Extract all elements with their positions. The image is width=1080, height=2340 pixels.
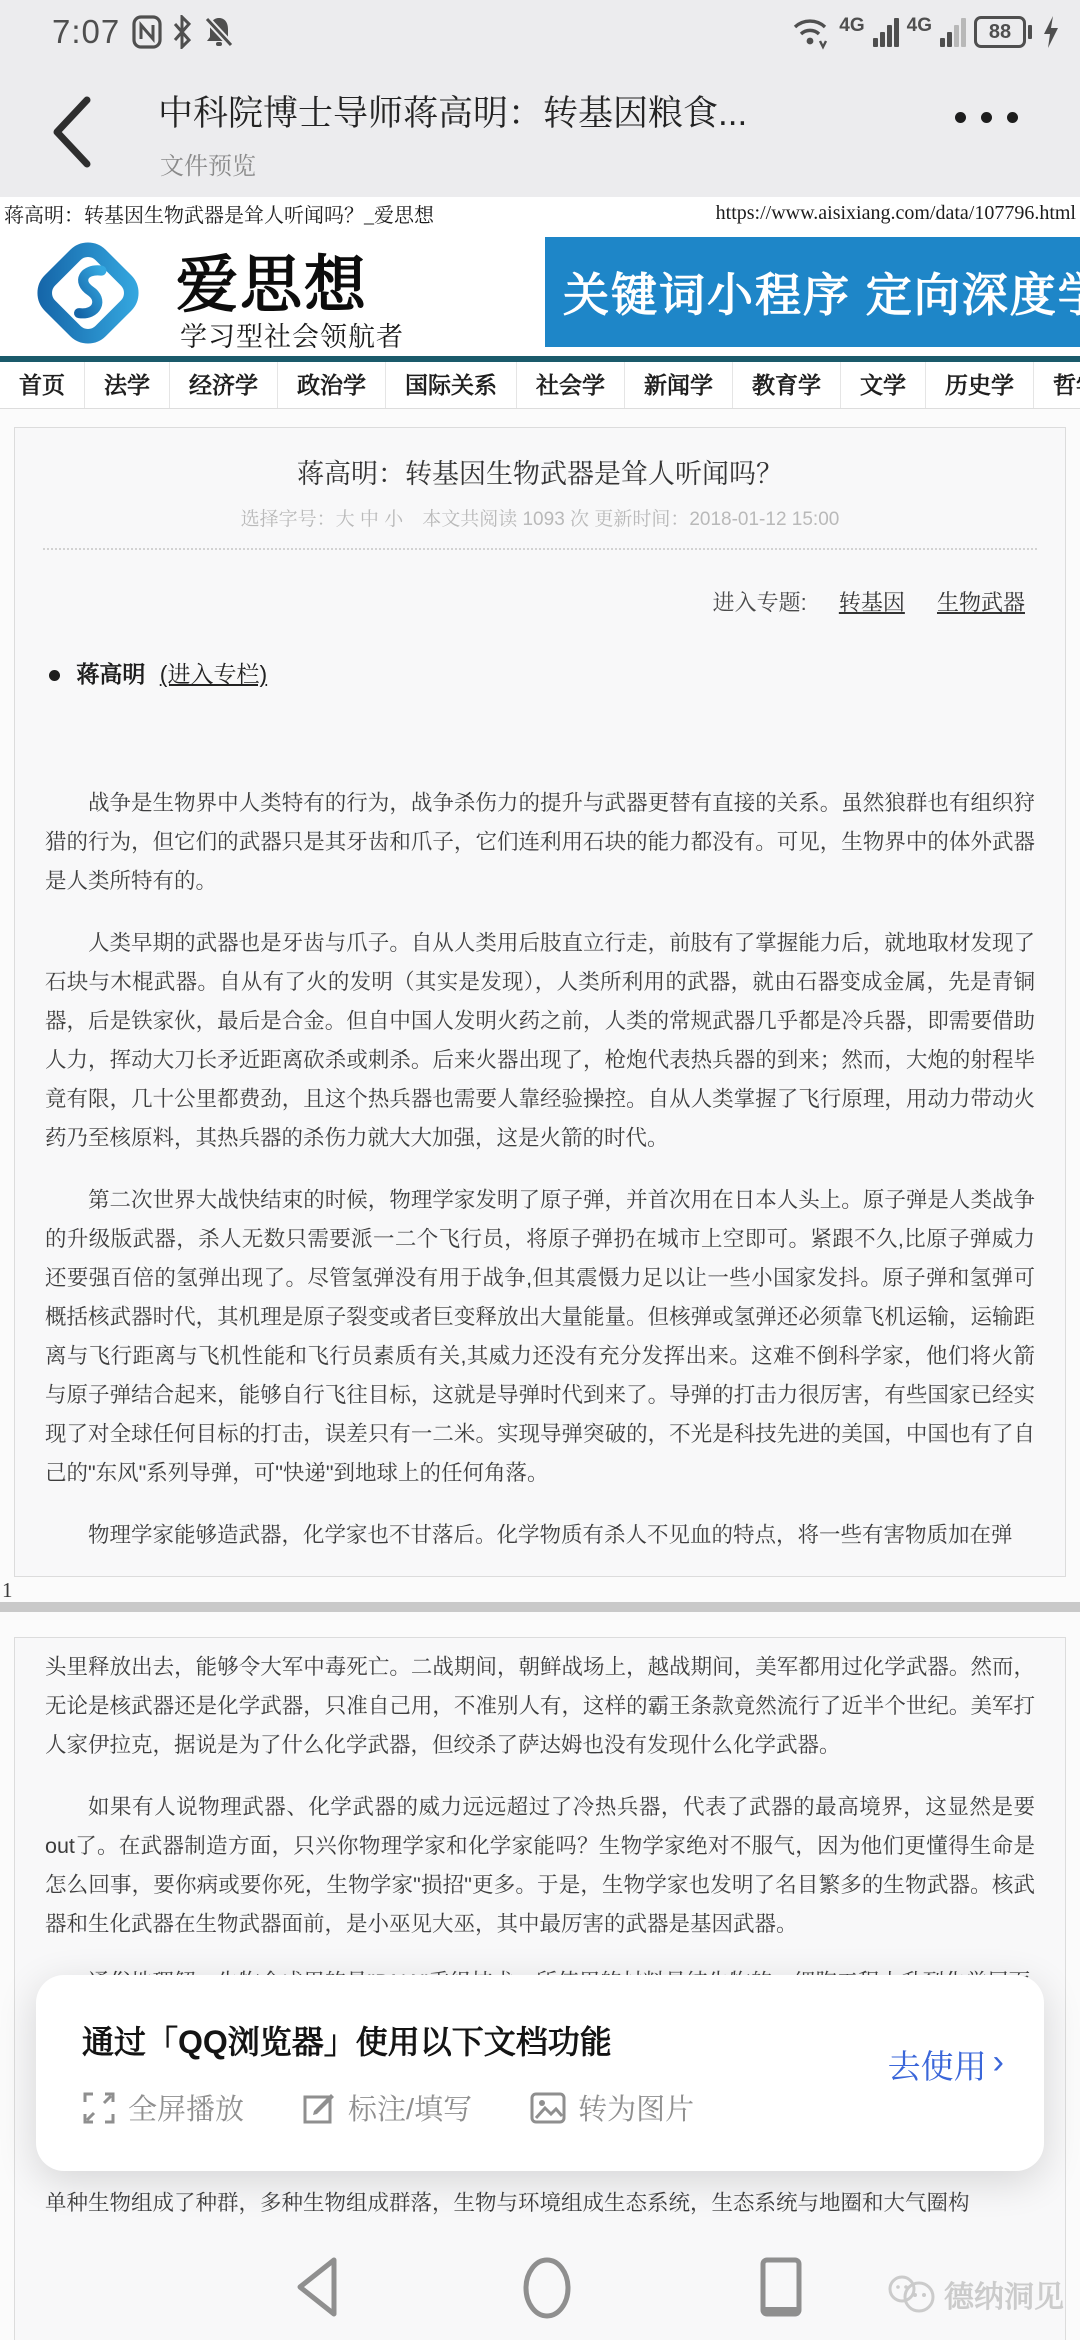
aisixiang-logo-icon[interactable] [28, 237, 148, 349]
page-number: 1 [2, 1578, 13, 1603]
network-type-sim2: 4G [907, 15, 932, 37]
article-body-page1: 战争是生物界中人类特有的行为，战争杀伤力的提升与武器更替有直接的关系。虽然狼群也… [45, 784, 1035, 1577]
paragraph: 战争是生物界中人类特有的行为，战争杀伤力的提升与武器更替有直接的关系。虽然狼群也… [45, 784, 1035, 901]
go-use-button[interactable]: 去使用› [888, 2041, 1004, 2088]
paragraph: 头里释放出去，能够令大军中毒死亡。二战期间，朝鲜战场上，越战期间，美军都用过化学… [45, 1648, 1035, 1765]
sheet-title: 通过「QQ浏览器」使用以下文档功能 [82, 2017, 612, 2063]
back-button[interactable] [42, 92, 102, 172]
nav-item-politics[interactable]: 政治学 [278, 362, 386, 408]
signal-bars-sim2-icon [940, 17, 966, 47]
site-nav: 首页 法学 经济学 政治学 国际关系 社会学 新闻学 教育学 文学 历史学 哲学… [0, 356, 1080, 409]
nav-item-home[interactable]: 首页 [0, 362, 85, 408]
battery-percent: 88 [974, 16, 1026, 48]
clock: 7:07 [52, 13, 120, 51]
article-meta: 选择字号：大 中 小 本文共阅读 1093 次 更新时间：2018-01-12 … [15, 504, 1065, 531]
paragraph: 如果有人说物理武器、化学武器的威力远远超过了冷热兵器，代表了武器的最高境界，这显… [45, 1788, 1035, 1944]
more-menu-button[interactable] [955, 112, 1018, 123]
paragraph: 物理学家能够造武器，化学家也不甘落后。化学物质有杀人不见血的特点，将一些有害物质… [45, 1516, 1035, 1555]
watermark: 德纳洞见 [886, 2272, 1064, 2316]
paragraph: 单种生物组成了种群，多种生物组成群落，生物与环境组成生态系统，生态系统与地圈和大… [45, 2184, 1035, 2223]
annotate-fill-button[interactable]: 标注/填写 [302, 2087, 472, 2128]
bluetooth-icon [171, 15, 193, 49]
convert-to-image-button[interactable]: 转为图片 [530, 2087, 694, 2128]
watermark-logo-icon [886, 2273, 938, 2315]
print-header: 蒋高明：转基因生物武器是耸人听闻吗？_爱思想 https://www.aisix… [0, 197, 1080, 229]
fullscreen-play-button[interactable]: 全屏播放 [82, 2087, 244, 2128]
keyword-miniprogram-banner[interactable]: 关键词小程序 定向深度学习 [545, 237, 1080, 347]
app-header: 中科院博士导师蒋高明：转基因粮食... 文件预览 [0, 64, 1080, 197]
site-tagline: 学习型社会领航者 [180, 315, 404, 354]
battery-icon: 88 [974, 16, 1032, 48]
site-header: 爱思想 学习型社会领航者 关键词小程序 定向深度学习 [0, 229, 1080, 356]
mute-bell-icon [202, 15, 236, 49]
print-page-title: 蒋高明：转基因生物武器是耸人听闻吗？_爱思想 [4, 199, 434, 228]
topic-links: 进入专题: 转基因 生物武器 [713, 586, 1025, 617]
print-page-url: https://www.aisixiang.com/data/107796.ht… [716, 202, 1076, 225]
fullscreen-icon [82, 2091, 116, 2125]
nav-item-history[interactable]: 历史学 [926, 362, 1034, 408]
topic-link-bioweapon[interactable]: 生物武器 [937, 590, 1025, 615]
watermark-text: 德纳洞见 [944, 2272, 1064, 2316]
author-column-link[interactable]: (进入专栏) [160, 661, 267, 687]
paragraph: 人类早期的武器也是牙齿与爪子。自从人类用后肢直立行走，前肢有了掌握能力后，就地取… [45, 924, 1035, 1158]
bullet-icon [49, 670, 60, 681]
author-name: 蒋高明 [76, 661, 145, 687]
wifi-icon [789, 13, 831, 51]
android-home-button[interactable] [520, 2256, 574, 2320]
article-title: 蒋高明：转基因生物武器是耸人听闻吗？ [15, 452, 1065, 491]
document-page-1: 蒋高明：转基因生物武器是耸人听闻吗？ 选择字号：大 中 小 本文共阅读 1093… [14, 427, 1066, 1577]
author-line: 蒋高明 (进入专栏) [49, 656, 267, 689]
nav-item-journalism[interactable]: 新闻学 [625, 362, 733, 408]
nfc-icon [132, 15, 162, 49]
nav-item-law[interactable]: 法学 [85, 362, 170, 408]
divider [43, 548, 1037, 550]
topic-link-gmo[interactable]: 转基因 [839, 590, 905, 615]
android-recents-button[interactable] [758, 2256, 804, 2318]
nav-item-sociology[interactable]: 社会学 [517, 362, 625, 408]
nav-item-economics[interactable]: 经济学 [170, 362, 278, 408]
site-name[interactable]: 爱思想 [176, 235, 368, 324]
network-type-sim1: 4G [839, 15, 864, 37]
nav-item-intl-relations[interactable]: 国际关系 [386, 362, 517, 408]
preview-mode-label: 文件预览 [160, 146, 256, 181]
annotate-icon [302, 2091, 336, 2125]
article-body-below-sheet: 单种生物组成了种群，多种生物组成群落，生物与环境组成生态系统，生态系统与地圈和大… [45, 2184, 1035, 2246]
nav-item-philosophy[interactable]: 哲学 [1034, 362, 1080, 408]
status-bar: 7:07 4G 4G 88 [0, 0, 1080, 64]
signal-bars-sim1-icon [873, 17, 899, 47]
android-back-button[interactable] [292, 2256, 340, 2318]
document-title: 中科院博士导师蒋高明：转基因粮食... [158, 86, 878, 136]
chevron-right-icon: › [993, 2043, 1004, 2082]
nav-item-education[interactable]: 教育学 [733, 362, 841, 408]
page-separator [0, 1602, 1080, 1612]
charging-bolt-icon [1040, 14, 1062, 50]
nav-item-literature[interactable]: 文学 [841, 362, 926, 408]
image-icon [530, 2092, 566, 2124]
article-body-page2: 头里释放出去，能够令大军中毒死亡。二战期间，朝鲜战场上，越战期间，美军都用过化学… [45, 1648, 1035, 1967]
paragraph: 第二次世界大战快结束的时候，物理学家发明了原子弹，并首次用在日本人头上。原子弹是… [45, 1181, 1035, 1493]
qq-browser-promo-sheet: 通过「QQ浏览器」使用以下文档功能 去使用› 全屏播放 标注/填写 转为图片 [36, 1975, 1044, 2171]
topic-label: 进入专题: [713, 590, 807, 615]
